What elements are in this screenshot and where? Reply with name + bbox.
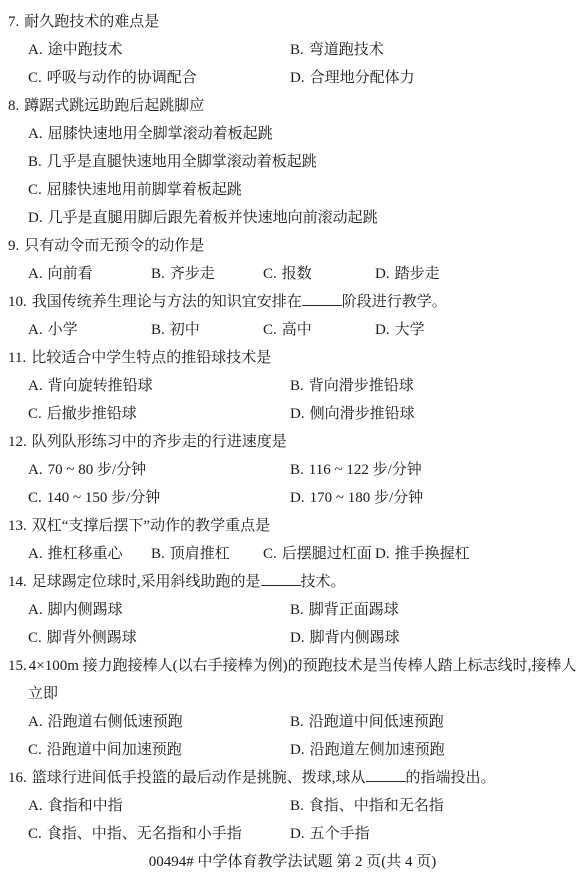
options-row: C.140 ~ 150 步/分钟D.170 ~ 180 步/分钟 [0,484,585,512]
option-text: 小学 [48,322,78,338]
option-b: B.116 ~ 122 步/分钟 [290,456,422,484]
option-text: 报数 [282,266,312,282]
question-block: 15.4×100m 接力跑接棒人(以右手接棒为例)的预跑技术是当传棒人踏上标志线… [0,652,585,764]
options-row: C.食指、中指、无名指和小手指D.五个手指 [0,820,585,848]
option-c: C.后撤步推铅球 [28,400,290,428]
option-label: C. [28,182,42,198]
option-b: B.弯道跑技术 [290,36,384,64]
stem-text: 只有动令而无预令的动作是 [24,238,204,254]
option-text: 沿跑道中间低速预跑 [309,714,444,730]
options-row: A.向前看B.齐步走C.报数D.踏步走 [0,260,585,288]
option-text: 高中 [282,322,312,338]
option-a: A.小学 [28,316,151,344]
option-text: 脚背内侧踢球 [310,630,400,646]
option-text: 食指、中指和无名指 [309,798,444,814]
option-label: A. [28,126,43,142]
option-text: 推手换握杠 [395,546,470,562]
option-label: B. [290,378,304,394]
question-block: 12.队列队形练习中的齐步走的行进速度是A.70 ~ 80 步/分钟B.116 … [0,428,585,512]
option-d: D.推手换握杠 [375,540,470,568]
option-label: D. [290,490,305,506]
option-text: 顶肩推杠 [170,546,230,562]
options-row: C.呼吸与动作的协调配合D.合理地分配体力 [0,64,585,92]
options-row: B.几乎是直腿快速地用全脚掌滚动着板起跳 [0,148,585,176]
option-b: B.食指、中指和无名指 [290,792,444,820]
page-footer: 00494# 中学体育教学法试题 第 2 页(共 4 页) [0,848,585,876]
option-d: D.沿跑道左侧加速预跑 [290,736,445,764]
question-number: 13. [8,518,27,534]
option-text: 屈膝快速地用前脚掌着板起跳 [47,182,242,198]
option-d: D.几乎是直腿用脚后跟先着板并快速地向前滚动起跳 [28,204,378,232]
question-number: 15. [8,658,27,674]
option-label: C. [28,70,42,86]
option-a: A.食指和中指 [28,792,290,820]
option-label: A. [28,322,43,338]
option-label: A. [28,42,43,58]
option-label: B. [151,322,165,338]
stem-text: 技术。 [301,574,346,590]
question-block: 8.蹲踞式跳远助跑后起跳脚应A.屈膝快速地用全脚掌滚动着板起跳B.几乎是直腿快速… [0,92,585,232]
question-number: 8. [8,98,19,114]
option-label: C. [28,742,42,758]
option-a: A.推杠移重心 [28,540,151,568]
option-label: D. [375,322,390,338]
options-row: A.食指和中指B.食指、中指和无名指 [0,792,585,820]
option-d: D.170 ~ 180 步/分钟 [290,484,423,512]
question-stem-line: 16.篮球行进间低手投篮的最后动作是挑腕、拨球,球从的指端投出。 [0,764,585,792]
options-row: C.沿跑道中间加速预跑D.沿跑道左侧加速预跑 [0,736,585,764]
question-block: 16.篮球行进间低手投篮的最后动作是挑腕、拨球,球从的指端投出。A.食指和中指B… [0,764,585,848]
option-label: B. [290,602,304,618]
option-a: A.途中跑技术 [28,36,290,64]
option-c: C.140 ~ 150 步/分钟 [28,484,290,512]
option-b: B.背向滑步推铅球 [290,372,414,400]
question-stem-line: 10.我国传统养生理论与方法的知识宜安排在阶段进行教学。 [0,288,585,316]
option-label: A. [28,378,43,394]
question-number: 10. [8,294,27,310]
option-text: 沿跑道左侧加速预跑 [310,742,445,758]
option-c: C.食指、中指、无名指和小手指 [28,820,290,848]
option-label: B. [290,798,304,814]
options-row: A.推杠移重心B.顶肩推杠C.后摆腿过杠面D.推手换握杠 [0,540,585,568]
option-text: 脚背正面踢球 [309,602,399,618]
option-text: 140 ~ 150 步/分钟 [47,490,161,506]
option-text: 途中跑技术 [48,42,123,58]
option-text: 背向旋转推铅球 [48,378,153,394]
option-a: A.背向旋转推铅球 [28,372,290,400]
option-text: 食指、中指、无名指和小手指 [47,826,242,842]
option-label: C. [28,630,42,646]
option-text: 后摆腿过杠面 [282,546,372,562]
option-c: C.报数 [263,260,375,288]
option-label: C. [263,266,277,282]
question-stem-line: 12.队列队形练习中的齐步走的行进速度是 [0,428,585,456]
option-label: B. [290,462,304,478]
stem-text: 的指端投出。 [406,770,496,786]
options-row: C.脚背外侧踢球D.脚背内侧踢球 [0,624,585,652]
question-stem-line: 14.足球踢定位球时,采用斜线助跑的是技术。 [0,568,585,596]
option-label: D. [290,826,305,842]
options-row: A.背向旋转推铅球B.背向滑步推铅球 [0,372,585,400]
option-text: 食指和中指 [48,798,123,814]
option-b: B.沿跑道中间低速预跑 [290,708,444,736]
option-a: A.70 ~ 80 步/分钟 [28,456,290,484]
option-label: D. [290,70,305,86]
option-b: B.几乎是直腿快速地用全脚掌滚动着板起跳 [28,148,317,176]
option-label: B. [28,154,42,170]
option-label: A. [28,462,43,478]
option-a: A.向前看 [28,260,151,288]
option-c: C.屈膝快速地用前脚掌着板起跳 [28,176,242,204]
question-number: 11. [8,350,26,366]
option-label: D. [375,266,390,282]
stem-text: 阶段进行教学。 [342,294,447,310]
exam-page: 7.耐久跑技术的难点是A.途中跑技术B.弯道跑技术C.呼吸与动作的协调配合D.合… [0,0,585,876]
question-number: 14. [8,574,27,590]
question-block: 10.我国传统养生理论与方法的知识宜安排在阶段进行教学。A.小学B.初中C.高中… [0,288,585,344]
option-label: A. [28,546,43,562]
option-c: C.后摆腿过杠面 [263,540,375,568]
option-text: 侧向滑步推铅球 [310,406,415,422]
options-row: C.后撤步推铅球D.侧向滑步推铅球 [0,400,585,428]
question-stem-line: 11.比较适合中学生特点的推铅球技术是 [0,344,585,372]
option-d: D.脚背内侧踢球 [290,624,400,652]
option-label: D. [28,210,43,226]
option-label: A. [28,798,43,814]
option-b: B.齐步走 [151,260,263,288]
options-row: A.70 ~ 80 步/分钟B.116 ~ 122 步/分钟 [0,456,585,484]
option-text: 170 ~ 180 步/分钟 [310,490,424,506]
option-label: C. [263,546,277,562]
options-row: A.小学B.初中C.高中D.大学 [0,316,585,344]
option-text: 脚内侧踢球 [48,602,123,618]
option-text: 背向滑步推铅球 [309,378,414,394]
question-stem-line: 13.双杠“支撑后摆下”动作的教学重点是 [0,512,585,540]
stem-text: 我国传统养生理论与方法的知识宜安排在 [32,294,302,310]
option-text: 踏步走 [395,266,440,282]
option-label: B. [151,266,165,282]
question-number: 12. [8,434,27,450]
option-a: A.脚内侧踢球 [28,596,290,624]
option-text: 齐步走 [170,266,215,282]
option-label: B. [290,714,304,730]
fill-in-blank [261,572,301,586]
option-text: 几乎是直腿用脚后跟先着板并快速地向前滚动起跳 [48,210,378,226]
questions-container: 7.耐久跑技术的难点是A.途中跑技术B.弯道跑技术C.呼吸与动作的协调配合D.合… [0,8,585,848]
option-label: D. [290,630,305,646]
option-text: 后撤步推铅球 [47,406,137,422]
options-row: A.途中跑技术B.弯道跑技术 [0,36,585,64]
option-c: C.沿跑道中间加速预跑 [28,736,290,764]
options-row: A.脚内侧踢球B.脚背正面踢球 [0,596,585,624]
question-stem-line: 立即 [0,680,585,708]
option-d: D.踏步走 [375,260,440,288]
option-text: 呼吸与动作的协调配合 [47,70,197,86]
option-label: C. [28,490,42,506]
options-row: C.屈膝快速地用前脚掌着板起跳 [0,176,585,204]
option-label: A. [28,714,43,730]
stem-text: 立即 [28,686,58,702]
option-text: 几乎是直腿快速地用全脚掌滚动着板起跳 [47,154,317,170]
option-label: B. [151,546,165,562]
option-text: 初中 [170,322,200,338]
option-label: D. [375,546,390,562]
option-b: B.初中 [151,316,263,344]
stem-text: 4×100m 接力跑接棒人(以右手接棒为例)的预跑技术是当传棒人踏上标志线时,接… [29,658,577,674]
options-row: D.几乎是直腿用脚后跟先着板并快速地向前滚动起跳 [0,204,585,232]
stem-text: 篮球行进间低手投篮的最后动作是挑腕、拨球,球从 [32,770,366,786]
option-text: 向前看 [48,266,93,282]
option-text: 推杠移重心 [48,546,123,562]
stem-text: 双杠“支撑后摆下”动作的教学重点是 [32,518,270,534]
option-label: C. [28,826,42,842]
option-c: C.呼吸与动作的协调配合 [28,64,290,92]
question-stem-line: 9.只有动令而无预令的动作是 [0,232,585,260]
option-text: 合理地分配体力 [310,70,415,86]
question-number: 16. [8,770,27,786]
option-a: A.沿跑道右侧低速预跑 [28,708,290,736]
option-text: 大学 [395,322,425,338]
stem-text: 队列队形练习中的齐步走的行进速度是 [32,434,287,450]
fill-in-blank [366,768,406,782]
option-label: C. [28,406,42,422]
option-text: 屈膝快速地用全脚掌滚动着板起跳 [48,126,273,142]
options-row: A.屈膝快速地用全脚掌滚动着板起跳 [0,120,585,148]
option-label: A. [28,602,43,618]
question-block: 11.比较适合中学生特点的推铅球技术是A.背向旋转推铅球B.背向滑步推铅球C.后… [0,344,585,428]
question-block: 9.只有动令而无预令的动作是A.向前看B.齐步走C.报数D.踏步走 [0,232,585,288]
option-b: B.顶肩推杠 [151,540,263,568]
option-text: 五个手指 [310,826,370,842]
option-a: A.屈膝快速地用全脚掌滚动着板起跳 [28,120,273,148]
option-d: D.五个手指 [290,820,370,848]
options-row: A.沿跑道右侧低速预跑B.沿跑道中间低速预跑 [0,708,585,736]
option-text: 70 ~ 80 步/分钟 [48,462,147,478]
question-number: 7. [8,14,19,30]
stem-text: 足球踢定位球时,采用斜线助跑的是 [32,574,261,590]
option-b: B.脚背正面踢球 [290,596,399,624]
option-d: D.合理地分配体力 [290,64,415,92]
option-d: D.大学 [375,316,425,344]
option-text: 沿跑道中间加速预跑 [47,742,182,758]
option-text: 脚背外侧踢球 [47,630,137,646]
option-label: D. [290,742,305,758]
stem-text: 比较适合中学生特点的推铅球技术是 [31,350,271,366]
option-label: C. [263,322,277,338]
fill-in-blank [302,292,342,306]
question-stem-line: 15.4×100m 接力跑接棒人(以右手接棒为例)的预跑技术是当传棒人踏上标志线… [0,652,585,680]
option-text: 沿跑道右侧低速预跑 [48,714,183,730]
option-text: 弯道跑技术 [309,42,384,58]
question-stem-line: 7.耐久跑技术的难点是 [0,8,585,36]
option-c: C.高中 [263,316,375,344]
question-number: 9. [8,238,19,254]
option-c: C.脚背外侧踢球 [28,624,290,652]
question-block: 7.耐久跑技术的难点是A.途中跑技术B.弯道跑技术C.呼吸与动作的协调配合D.合… [0,8,585,92]
question-block: 14.足球踢定位球时,采用斜线助跑的是技术。A.脚内侧踢球B.脚背正面踢球C.脚… [0,568,585,652]
question-stem-line: 8.蹲踞式跳远助跑后起跳脚应 [0,92,585,120]
option-d: D.侧向滑步推铅球 [290,400,415,428]
option-label: B. [290,42,304,58]
option-label: D. [290,406,305,422]
stem-text: 蹲踞式跳远助跑后起跳脚应 [24,98,204,114]
option-text: 116 ~ 122 步/分钟 [309,462,422,478]
option-label: A. [28,266,43,282]
stem-text: 耐久跑技术的难点是 [24,14,159,30]
question-block: 13.双杠“支撑后摆下”动作的教学重点是A.推杠移重心B.顶肩推杠C.后摆腿过杠… [0,512,585,568]
